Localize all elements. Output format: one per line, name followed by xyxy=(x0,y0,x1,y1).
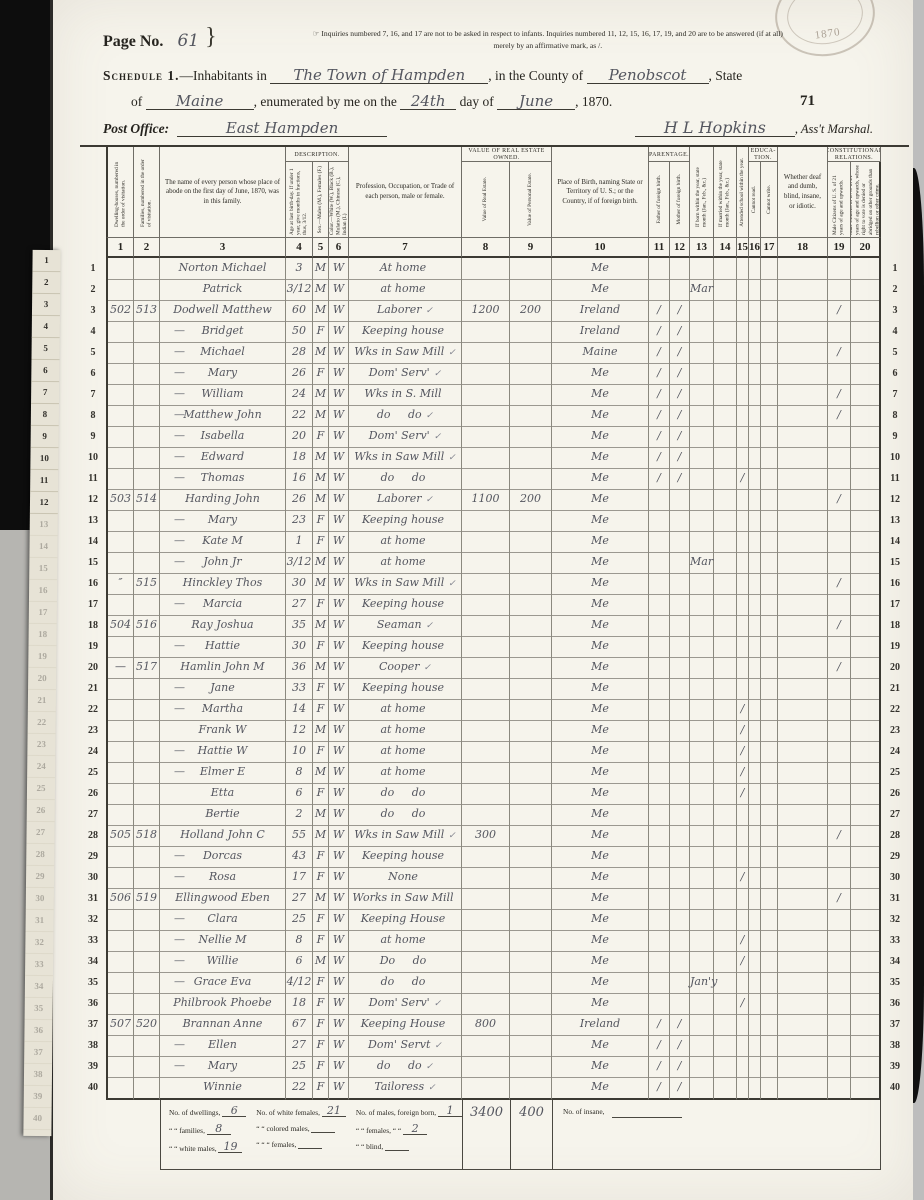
male-citizen-mark: / xyxy=(828,573,851,595)
male-citizen-mark: / xyxy=(828,888,851,910)
person-name: Philbrook Phoebe xyxy=(160,993,286,1015)
cannot-read-mark xyxy=(749,783,761,805)
born-month xyxy=(690,825,714,847)
attended-school-mark: / xyxy=(737,783,749,805)
birthplace: Me xyxy=(552,363,649,385)
real-estate-value xyxy=(462,636,510,658)
attended-school-mark xyxy=(737,888,749,910)
attended-school-mark xyxy=(737,300,749,322)
dwelling-number xyxy=(106,720,134,742)
age: 35 xyxy=(286,615,313,637)
age: 67 xyxy=(286,1014,313,1036)
cannot-write-mark xyxy=(761,1056,778,1078)
attended-school-mark xyxy=(737,363,749,385)
dwelling-number xyxy=(106,636,134,658)
vote-denied-mark xyxy=(851,615,881,637)
cannot-read-mark xyxy=(749,426,761,448)
row-number-right: 34 xyxy=(881,951,909,973)
born-month xyxy=(690,678,714,700)
edge-row-number: 40 xyxy=(23,1108,51,1130)
dwelling-number xyxy=(106,258,134,280)
check-mark: ✓ xyxy=(426,621,434,631)
male-citizen-mark xyxy=(828,804,851,826)
father-foreign-mark xyxy=(649,279,670,301)
birthplace: Ireland xyxy=(552,1014,649,1036)
row-number-right: 24 xyxy=(881,741,909,763)
row-number-left: 16 xyxy=(80,573,106,595)
real-estate-value xyxy=(462,573,510,595)
color: W xyxy=(329,720,349,742)
col-header-19: Male Citizens of U. S. of 21 years of ag… xyxy=(828,162,851,238)
birthplace: Me xyxy=(552,573,649,595)
ditto-dash: — xyxy=(174,531,185,551)
row-number-right: 30 xyxy=(881,867,909,889)
father-foreign-mark xyxy=(649,699,670,721)
father-foreign-mark xyxy=(649,930,670,952)
married-month xyxy=(714,363,737,385)
dwelling-number xyxy=(106,552,134,574)
attended-school-mark xyxy=(737,531,749,553)
occupation: Wks in Saw Mill✓ xyxy=(349,447,462,469)
married-month xyxy=(714,405,737,427)
cannot-write-mark xyxy=(761,909,778,931)
row-number-right: 29 xyxy=(881,846,909,868)
mother-foreign-mark: / xyxy=(670,468,690,490)
real-estate-value: 1200 xyxy=(462,300,510,322)
table-row: 17 —Marcia 27 F W Keeping house Me xyxy=(80,594,909,615)
inquiries-line1: Inquiries numbered 7, 16, and 17 are not… xyxy=(321,29,783,38)
cannot-write-mark xyxy=(761,447,778,469)
mother-foreign-mark xyxy=(670,699,690,721)
born-month: Jan'y xyxy=(690,972,714,994)
father-foreign-mark xyxy=(649,741,670,763)
row-number-right: 35 xyxy=(881,972,909,994)
enumerated-label: , enumerated by me on the xyxy=(254,94,397,109)
sheet-number: 71 xyxy=(800,93,815,110)
personal-estate-value: 200 xyxy=(510,300,552,322)
vote-denied-mark xyxy=(851,552,881,574)
occupation: at home xyxy=(349,741,462,763)
insane-blank-line xyxy=(612,1107,682,1118)
day-of-label: day of xyxy=(460,94,494,109)
disability-note xyxy=(778,258,828,280)
age: 33 xyxy=(286,678,313,700)
edge-row-number: 17 xyxy=(29,602,57,624)
birthplace: Me xyxy=(552,615,649,637)
real-estate-value xyxy=(462,909,510,931)
color: W xyxy=(329,657,349,679)
edge-row-number: 3 xyxy=(32,294,60,316)
cannot-read-mark xyxy=(749,321,761,343)
age: 27 xyxy=(286,1035,313,1057)
sex: M xyxy=(313,573,329,595)
vote-denied-mark xyxy=(851,384,881,406)
male-citizen-mark xyxy=(828,426,851,448)
row-number-left: 29 xyxy=(80,846,106,868)
cannot-read-mark xyxy=(749,258,761,280)
col-header-2: Families, numbered in the order of visit… xyxy=(134,147,160,238)
cannot-read-mark xyxy=(749,888,761,910)
edge-row-number: 33 xyxy=(25,954,53,976)
born-month xyxy=(690,489,714,511)
cannot-read-mark xyxy=(749,468,761,490)
color: W xyxy=(329,678,349,700)
attended-school-mark: / xyxy=(737,930,749,952)
family-number xyxy=(134,972,160,994)
born-month xyxy=(690,573,714,595)
sex: M xyxy=(313,300,329,322)
edge-row-number: 2 xyxy=(32,272,60,294)
row-number-left: 34 xyxy=(80,951,106,973)
cannot-read-mark xyxy=(749,363,761,385)
color: W xyxy=(329,300,349,322)
age: 27 xyxy=(286,594,313,616)
ditto-dash: — xyxy=(174,594,185,614)
vote-denied-mark xyxy=(851,531,881,553)
row-number-left: 35 xyxy=(80,972,106,994)
personal-estate-value xyxy=(510,951,552,973)
sex: M xyxy=(313,384,329,406)
married-month xyxy=(714,993,737,1015)
personal-estate-value xyxy=(510,846,552,868)
age: 26 xyxy=(286,363,313,385)
male-citizen-mark xyxy=(828,447,851,469)
vote-denied-mark xyxy=(851,825,881,847)
real-estate-value: 800 xyxy=(462,1014,510,1036)
dwelling-number xyxy=(106,468,134,490)
born-month xyxy=(690,426,714,448)
born-month xyxy=(690,300,714,322)
personal-estate-value xyxy=(510,930,552,952)
ditto-dash: — xyxy=(174,447,185,467)
mother-foreign-mark xyxy=(670,909,690,931)
edge-row-number: 35 xyxy=(25,998,53,1020)
sex: F xyxy=(313,846,329,868)
dwelling-number xyxy=(106,363,134,385)
table-row: 38 —Ellen 27 F W Dom' Servt✓ Me / / xyxy=(80,1035,909,1056)
mother-foreign-mark xyxy=(670,762,690,784)
occupation: do do xyxy=(349,783,462,805)
row-number-left: 32 xyxy=(80,909,106,931)
male-citizen-mark xyxy=(828,1014,851,1036)
disability-note xyxy=(778,720,828,742)
person-name: —Martha xyxy=(160,699,286,721)
disability-note xyxy=(778,1014,828,1036)
person-name: Frank W xyxy=(160,720,286,742)
male-citizen-mark: / xyxy=(828,825,851,847)
father-foreign-mark: / xyxy=(649,405,670,427)
cannot-write-mark xyxy=(761,930,778,952)
row-number-left: 40 xyxy=(80,1077,106,1100)
page-no-label: Page No. xyxy=(103,33,163,51)
family-number xyxy=(134,447,160,469)
vote-denied-mark xyxy=(851,1035,881,1057)
ditto-dash: — xyxy=(174,468,185,488)
family-number xyxy=(134,846,160,868)
state-field: Maine xyxy=(146,93,254,110)
color: W xyxy=(329,699,349,721)
person-name: —Willie xyxy=(160,951,286,973)
person-name: —William xyxy=(160,384,286,406)
row-number-left: 7 xyxy=(80,384,106,406)
male-citizen-mark xyxy=(828,531,851,553)
occupation: Keeping house xyxy=(349,846,462,868)
male-citizen-mark xyxy=(828,279,851,301)
row-number-left: 28 xyxy=(80,825,106,847)
person-name: —Matthew John xyxy=(160,405,286,427)
personal-estate-value xyxy=(510,720,552,742)
cannot-read-mark xyxy=(749,930,761,952)
row-number-right: 36 xyxy=(881,993,909,1015)
personal-estate-value xyxy=(510,510,552,532)
vote-denied-mark xyxy=(851,342,881,364)
father-foreign-mark xyxy=(649,888,670,910)
row-number-left: 39 xyxy=(80,1056,106,1078)
mother-foreign-mark: / xyxy=(670,342,690,364)
color: W xyxy=(329,531,349,553)
father-foreign-mark: / xyxy=(649,363,670,385)
person-name: —Bridget xyxy=(160,321,286,343)
age: 18 xyxy=(286,447,313,469)
page-no-value: 61 xyxy=(177,31,199,51)
row-number-right: 25 xyxy=(881,762,909,784)
attended-school-mark xyxy=(737,384,749,406)
born-month: Mar xyxy=(690,279,714,301)
row-number-left: 18 xyxy=(80,615,106,637)
married-month xyxy=(714,783,737,805)
ditto-dash: — xyxy=(174,1035,185,1055)
disability-note xyxy=(778,489,828,511)
age: 6 xyxy=(286,783,313,805)
row-number-left: 21 xyxy=(80,678,106,700)
cannot-write-mark xyxy=(761,258,778,280)
family-number xyxy=(134,699,160,721)
occupation: at home xyxy=(349,699,462,721)
sex: F xyxy=(313,636,329,658)
attended-school-mark: / xyxy=(737,720,749,742)
row-number-left: 9 xyxy=(80,426,106,448)
personal-estate-value xyxy=(510,741,552,763)
vote-denied-mark xyxy=(851,636,881,658)
attended-school-mark xyxy=(737,426,749,448)
row-number-right: 37 xyxy=(881,1014,909,1036)
edge-row-number: 21 xyxy=(28,690,56,712)
color: W xyxy=(329,1077,349,1100)
cannot-write-mark xyxy=(761,678,778,700)
personal-estate-value xyxy=(510,405,552,427)
person-name: —Rosa xyxy=(160,867,286,889)
real-estate-value xyxy=(462,531,510,553)
ditto-dash: — xyxy=(174,342,185,362)
row-number-left: 15 xyxy=(80,552,106,574)
disability-note xyxy=(778,741,828,763)
family-number xyxy=(134,741,160,763)
sex: F xyxy=(313,678,329,700)
male-citizen-mark xyxy=(828,1056,851,1078)
dwelling-number xyxy=(106,510,134,532)
col-num-10: 10 xyxy=(552,238,649,258)
family-number xyxy=(134,258,160,280)
edge-row-number: 28 xyxy=(26,844,54,866)
person-name: —John Jr xyxy=(160,552,286,574)
row-number-left: 12 xyxy=(80,489,106,511)
row-number-left: 1 xyxy=(80,258,106,280)
color: W xyxy=(329,909,349,931)
vote-denied-mark xyxy=(851,321,881,343)
born-month xyxy=(690,741,714,763)
occupation: do do xyxy=(349,972,462,994)
table-row: 12 503 514 Harding John 26 M W Laborer✓ … xyxy=(80,489,909,510)
born-month xyxy=(690,762,714,784)
check-mark: ✓ xyxy=(426,306,434,316)
row-number-right: 27 xyxy=(881,804,909,826)
day-field: 24th xyxy=(400,93,456,110)
male-citizen-mark: / xyxy=(828,300,851,322)
father-foreign-mark xyxy=(649,531,670,553)
personal-estate-value xyxy=(510,1035,552,1057)
edge-row-number: 8 xyxy=(31,404,59,426)
birthplace: Me xyxy=(552,951,649,973)
real-estate-value xyxy=(462,615,510,637)
family-number xyxy=(134,363,160,385)
age: 25 xyxy=(286,1056,313,1078)
dwelling-number xyxy=(106,279,134,301)
col-header-7: Profession, Occupation, or Trade of each… xyxy=(349,147,462,238)
disability-note xyxy=(778,846,828,868)
male-citizen-mark: / xyxy=(828,489,851,511)
male-citizen-mark xyxy=(828,468,851,490)
sex: F xyxy=(313,531,329,553)
mother-foreign-mark xyxy=(670,552,690,574)
cannot-write-mark xyxy=(761,510,778,532)
personal-estate-value xyxy=(510,909,552,931)
attended-school-mark xyxy=(737,678,749,700)
row-number-left: 37 xyxy=(80,1014,106,1036)
person-name: —Hattie W xyxy=(160,741,286,763)
cannot-write-mark xyxy=(761,279,778,301)
born-month xyxy=(690,699,714,721)
birthplace: Ireland xyxy=(552,321,649,343)
dwelling-number xyxy=(106,1077,134,1100)
mother-foreign-mark: / xyxy=(670,426,690,448)
attended-school-mark xyxy=(737,321,749,343)
ditto-dash: — xyxy=(174,1056,185,1076)
color: W xyxy=(329,489,349,511)
row-number-left: 36 xyxy=(80,993,106,1015)
father-foreign-mark: / xyxy=(649,384,670,406)
person-name: —Mary xyxy=(160,510,286,532)
sex: M xyxy=(313,720,329,742)
sex: F xyxy=(313,699,329,721)
color: W xyxy=(329,846,349,868)
sex: M xyxy=(313,405,329,427)
col-header-4: Age at last birth-day. If under 1 year, … xyxy=(286,162,313,238)
male-citizen-mark: / xyxy=(828,384,851,406)
edge-row-number: 12 xyxy=(30,492,58,514)
census-scan: { "header": { "page_no_label": "Page No.… xyxy=(0,0,924,1200)
row-number-right: 1 xyxy=(881,258,909,280)
col-num-1: 1 xyxy=(106,238,134,258)
cannot-write-mark xyxy=(761,300,778,322)
married-month xyxy=(714,909,737,931)
census-page: 1870 Page No. 61 } ☞ Inquiries numbered … xyxy=(50,0,913,1200)
person-name: —Hattie xyxy=(160,636,286,658)
male-citizen-mark xyxy=(828,720,851,742)
occupation: Dom' Servt✓ xyxy=(349,1035,462,1057)
real-estate-value xyxy=(462,867,510,889)
vote-denied-mark xyxy=(851,447,881,469)
dwelling-number: — xyxy=(106,657,134,679)
disability-note xyxy=(778,972,828,994)
personal-estate-value xyxy=(510,783,552,805)
cannot-read-mark xyxy=(749,804,761,826)
table-row: 22 —Martha 14 F W at home Me / xyxy=(80,699,909,720)
family-number xyxy=(134,636,160,658)
occupation: Seaman✓ xyxy=(349,615,462,637)
occupation: Keeping House xyxy=(349,909,462,931)
male-citizen-mark xyxy=(828,909,851,931)
age: 17 xyxy=(286,867,313,889)
person-name: —Grace Eva xyxy=(160,972,286,994)
color: W xyxy=(329,972,349,994)
cannot-read-mark xyxy=(749,279,761,301)
cannot-read-mark xyxy=(749,657,761,679)
disability-note xyxy=(778,552,828,574)
personal-estate-value xyxy=(510,888,552,910)
personal-estate-value xyxy=(510,321,552,343)
male-citizen-mark xyxy=(828,741,851,763)
row-number-left: 17 xyxy=(80,594,106,616)
real-estate-value xyxy=(462,510,510,532)
dwelling-number xyxy=(106,909,134,931)
cannot-write-mark xyxy=(761,342,778,364)
married-month xyxy=(714,1035,737,1057)
dwelling-number: 507 xyxy=(106,1014,134,1036)
color: W xyxy=(329,951,349,973)
col-num-9: 9 xyxy=(510,238,552,258)
color: W xyxy=(329,930,349,952)
real-estate-value xyxy=(462,930,510,952)
color: W xyxy=(329,783,349,805)
father-foreign-mark xyxy=(649,909,670,931)
ditto-dash: — xyxy=(174,426,185,446)
cannot-write-mark xyxy=(761,363,778,385)
cannot-read-mark xyxy=(749,741,761,763)
mother-foreign-mark xyxy=(670,951,690,973)
disability-note xyxy=(778,909,828,931)
col-num-12: 12 xyxy=(670,238,690,258)
sex: F xyxy=(313,321,329,343)
cannot-read-mark xyxy=(749,615,761,637)
attended-school-mark xyxy=(737,825,749,847)
check-mark: ✓ xyxy=(428,1083,436,1093)
row-number-right: 4 xyxy=(881,321,909,343)
personal-estate-value xyxy=(510,762,552,784)
family-number xyxy=(134,1077,160,1100)
col-num-8: 8 xyxy=(462,238,510,258)
row-number-right: 10 xyxy=(881,447,909,469)
male-citizen-mark xyxy=(828,762,851,784)
color: W xyxy=(329,363,349,385)
married-month xyxy=(714,510,737,532)
col-num-6: 6 xyxy=(329,238,349,258)
person-name: —Mary xyxy=(160,363,286,385)
sex: F xyxy=(313,1077,329,1100)
age: 36 xyxy=(286,657,313,679)
sex: F xyxy=(313,993,329,1015)
birthplace: Maine xyxy=(552,342,649,364)
disability-note xyxy=(778,804,828,826)
